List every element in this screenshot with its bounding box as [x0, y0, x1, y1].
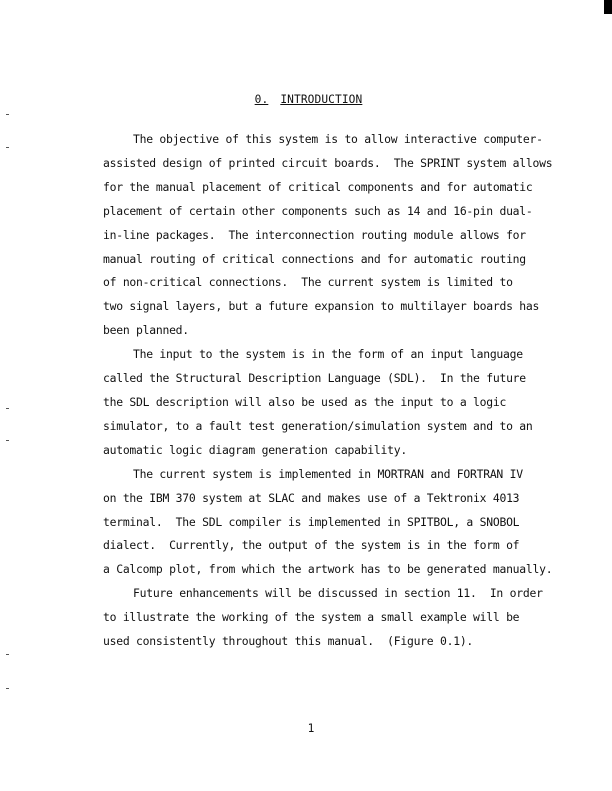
text-line: to illustrate the working of the system …	[103, 606, 533, 630]
text-line: used consistently throughout this manual…	[103, 630, 533, 654]
page-number: 1	[0, 722, 612, 735]
paragraph-objective: The objective of this system is to allow…	[103, 128, 533, 343]
paragraph-input-language: The input to the system is in the form o…	[103, 343, 533, 463]
text-line: assisted design of printed circuit board…	[103, 152, 533, 176]
text-line: two signal layers, but a future expansio…	[103, 295, 533, 319]
text-line: The input to the system is in the form o…	[103, 343, 533, 367]
text-line: on the IBM 370 system at SLAC and makes …	[103, 487, 533, 511]
section-heading: 0.INTRODUCTION	[0, 93, 612, 106]
text-line: dialect. Currently, the output of the sy…	[103, 534, 533, 558]
section-number: 0.	[255, 93, 269, 106]
body-text: The objective of this system is to allow…	[103, 128, 533, 654]
text-line: manual routing of critical connections a…	[103, 248, 533, 272]
text-line: for the manual placement of critical com…	[103, 176, 533, 200]
paragraph-future: Future enhancements will be discussed in…	[103, 582, 533, 654]
text-line: terminal. The SDL compiler is implemente…	[103, 511, 533, 535]
text-line: of non-critical connections. The current…	[103, 271, 533, 295]
paragraph-implementation: The current system is implemented in MOR…	[103, 463, 533, 583]
text-line: Future enhancements will be discussed in…	[103, 582, 533, 606]
section-title: INTRODUCTION	[280, 93, 362, 106]
text-line: the SDL description will also be used as…	[103, 391, 533, 415]
text-line: simulator, to a fault test generation/si…	[103, 415, 533, 439]
text-line: been planned.	[103, 319, 533, 343]
text-line: in-line packages. The interconnection ro…	[103, 224, 533, 248]
text-line: The objective of this system is to allow…	[103, 128, 533, 152]
text-line: The current system is implemented in MOR…	[103, 463, 533, 487]
text-line: a Calcomp plot, from which the artwork h…	[103, 558, 533, 582]
text-line: automatic logic diagram generation capab…	[103, 439, 533, 463]
text-line: placement of certain other components su…	[103, 200, 533, 224]
document-page: 0.INTRODUCTION The objective of this sys…	[0, 0, 612, 791]
text-line: called the Structural Description Langua…	[103, 367, 533, 391]
